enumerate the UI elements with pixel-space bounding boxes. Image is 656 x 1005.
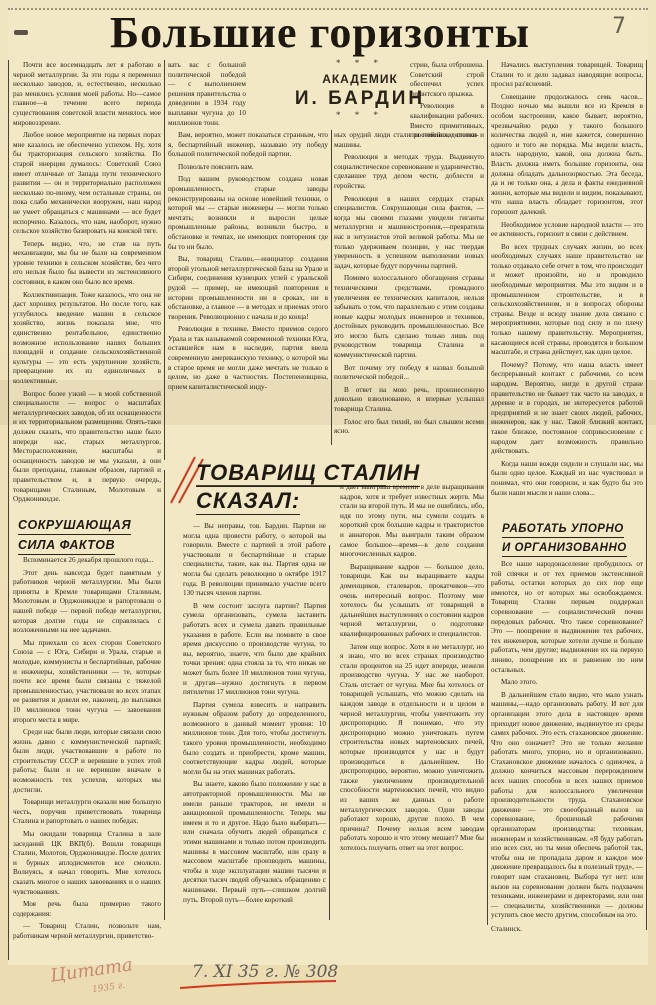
paragraph: Совещание продолжалось семь часов... Поз… xyxy=(491,93,643,218)
column-2-narrow: вать вас с большой политической победой … xyxy=(168,61,246,131)
paragraph: Необходимое условие народной власти — эт… xyxy=(491,221,643,240)
newspaper-clipping-background: Большие горизонты 7 * * * АКАДЕМИК И. БА… xyxy=(0,0,656,1005)
paragraph: Мы приехали со всех сторон Советского Со… xyxy=(13,639,161,725)
paragraph: и дает выигрыш времени в деле выращивани… xyxy=(340,483,484,560)
paragraph: В дальнейшем стало видно, что мало узнат… xyxy=(491,691,643,921)
paragraph: Вам, вероятно, может показаться странным… xyxy=(168,131,328,160)
paragraph: — Вы неправы, тов. Бардин. Партия не мог… xyxy=(183,522,326,599)
paragraph: В чем состоит заслуга партии? Партия сум… xyxy=(183,602,326,698)
paragraph: вать вас с большой политической победой … xyxy=(168,61,246,128)
paragraph: Все наше народонаселение пробудилось от … xyxy=(491,560,643,675)
subheading-work-hard: РАБОТАТЬ УПОРНО И ОРГАНИЗОВАННО xyxy=(502,522,627,560)
author-name: И. БАРДИН xyxy=(290,88,430,110)
page-number-mark: 7 xyxy=(612,14,626,39)
paragraph: Революция в методах труда. Выдвинуто соц… xyxy=(334,153,484,191)
paragraph: Вы знаете, каково было положение у нас в… xyxy=(183,780,326,905)
paragraph: Революция в технике. Вместо приемов седо… xyxy=(168,325,328,392)
article-title: Большие горизонты xyxy=(0,8,640,58)
left-border-rule xyxy=(8,60,9,960)
subheading-crushing-force: СОКРУШАЮЩАЯ СИЛА ФАКТОВ xyxy=(18,518,131,558)
paragraph: Вопрос более узкий — в моей собственной … xyxy=(13,390,161,505)
column-2: Вам, вероятно, может показаться странным… xyxy=(168,131,328,395)
paragraph: Вспоминается 26 декабря прошлого года... xyxy=(13,556,161,566)
column-4: Начались выступления товарищей. Товарищ … xyxy=(491,61,643,501)
paragraph: — Товарищ Сталин, позвольте нам, работни… xyxy=(13,922,161,941)
paragraph: ных орудий люди стали за новейшие станки… xyxy=(334,131,484,150)
column-3: ных орудий люди стали за новейшие станки… xyxy=(334,131,484,440)
author-byline: * * * АКАДЕМИК И. БАРДИН * * * xyxy=(290,58,430,120)
stalin-column-right: и дает выигрыш времени в деле выращивани… xyxy=(340,483,484,857)
paragraph: Почти все восемнадцать лет я работаю в ч… xyxy=(13,61,161,128)
paragraph: Почему? Потому, что наша власть имеет бе… xyxy=(491,361,643,457)
paragraph: Помимо колоссального обогащения страны т… xyxy=(334,274,484,360)
column-1-continued: Вспоминается 26 декабря прошлого года...… xyxy=(13,556,161,945)
signature: Сталинск. xyxy=(491,925,643,935)
paragraph: Революция в наших сердцах старых специал… xyxy=(334,195,484,272)
paragraph: Моя речь была примерно такого содержания… xyxy=(13,900,161,919)
paragraph: Этот день навсегда будет памятным у рабо… xyxy=(13,569,161,636)
paragraph: стрии, была отброшена. Советский строй о… xyxy=(410,61,484,99)
ink-note-date: 7. XI 35 г. № 308 xyxy=(192,962,338,982)
stalin-column-left: — Вы неправы, тов. Бардин. Партия не мог… xyxy=(183,522,326,908)
column-rule-1b xyxy=(164,470,165,920)
paragraph: Мы ожидали товарища Сталина в зале засед… xyxy=(13,830,161,897)
paragraph: Товарищи металлурги оказали мне большую … xyxy=(13,798,161,827)
paragraph: Вы, товарищ Сталин,—инициатор создания в… xyxy=(168,255,328,322)
paragraph: Мало этого. xyxy=(491,678,643,688)
column-rule-1 xyxy=(164,60,165,460)
column-rule-2 xyxy=(331,130,332,445)
author-role: АКАДЕМИК xyxy=(290,72,430,86)
paragraph: Во всех трудных случаях жизни, во всех н… xyxy=(491,243,643,358)
paragraph: Вот почему эту победу я назвал большой п… xyxy=(334,364,484,383)
paragraph: Партия сумела взвесить и направить нужны… xyxy=(183,701,326,778)
paragraph: Голос его был тихий, но был слышен всеми… xyxy=(334,418,484,437)
paragraph: Любое новое мероприятие на первых порах … xyxy=(13,131,161,237)
column-rule-3 xyxy=(487,60,488,925)
pencil-note-year: 1935 г. xyxy=(91,981,125,996)
paragraph: Теперь видно, что, не став на путь механ… xyxy=(13,240,161,288)
column-1: Почти все восемнадцать лет я работаю в ч… xyxy=(13,61,161,508)
paragraph: Коллективизация. Тоже казалось, что она … xyxy=(13,291,161,387)
ornament-stars-bottom: * * * xyxy=(290,110,430,120)
paragraph: Под вашим руководством создана новая про… xyxy=(168,175,328,252)
paragraph: Начались выступления товарищей. Товарищ … xyxy=(491,61,643,90)
paragraph: Среди нас были люди, которые связали сво… xyxy=(13,728,161,795)
paragraph: Когда наши вожди сидели и слушали нас, м… xyxy=(491,460,643,498)
column-4-continued: Все наше народонаселение пробудилось от … xyxy=(491,560,643,938)
right-border-rule xyxy=(646,60,647,930)
paragraph: Позвольте пояснить вам. xyxy=(168,163,328,173)
ornament-stars-top: * * * xyxy=(290,58,430,68)
paragraph: Затем еще вопрос. Хотя я не металлург, н… xyxy=(340,643,484,854)
paragraph: В ответ на мою речь, произнесенную довол… xyxy=(334,386,484,415)
paragraph: Выращивание кадров — большое дело, товар… xyxy=(340,563,484,640)
column-rule-stalin xyxy=(329,545,330,920)
red-underline-icon xyxy=(178,980,338,990)
